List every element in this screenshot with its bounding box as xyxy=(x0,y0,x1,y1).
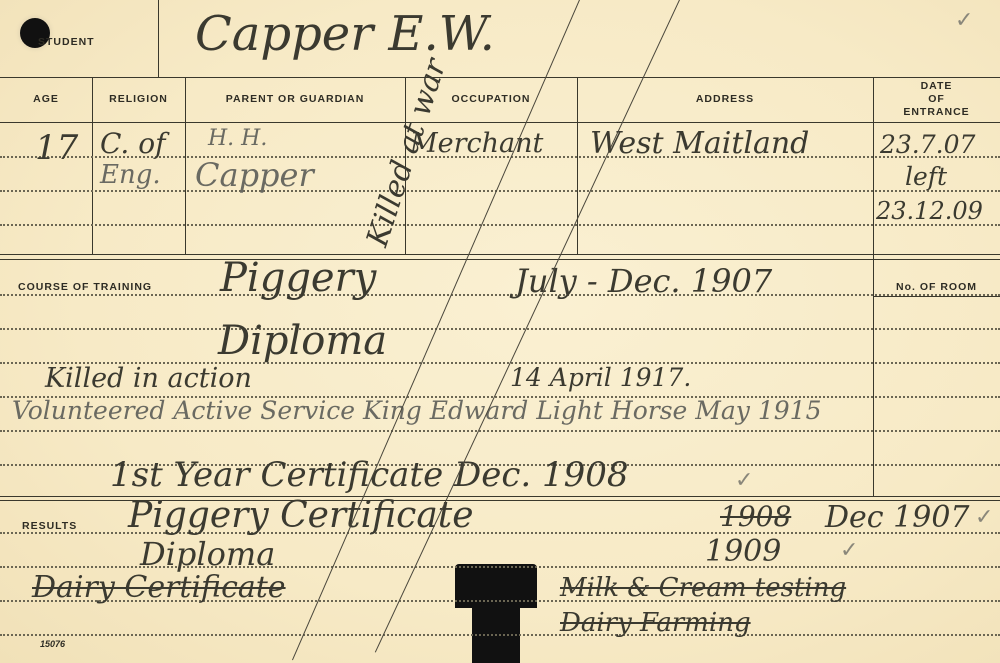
results-line1-check: ✓ xyxy=(975,505,993,530)
col-header-date-l2: OF xyxy=(873,93,1000,106)
col-header-age: AGE xyxy=(0,93,92,105)
rule xyxy=(0,254,1000,255)
index-tab-cutout-stem xyxy=(472,600,520,663)
student-record-card: STUDENT Capper E.W. ✓ AGE RELIGION PAREN… xyxy=(0,0,1000,663)
results-struck-dairy-farming: Dairy Farming xyxy=(560,608,751,638)
col-header-religion: RELIGION xyxy=(92,93,185,105)
dotted-rule xyxy=(0,190,1000,192)
parent-value-line1: H. H. xyxy=(208,126,267,151)
form-number: 15076 xyxy=(40,639,65,649)
diploma-note: Diploma xyxy=(218,318,387,364)
col-header-date-l1: DATE xyxy=(873,80,1000,93)
rule xyxy=(0,259,1000,260)
room-number-label: No. OF ROOM xyxy=(873,281,1000,293)
student-name: Capper E.W. xyxy=(195,6,495,62)
col-header-address: ADDRESS xyxy=(577,93,873,105)
dotted-rule xyxy=(0,294,1000,296)
volunteered-note: Volunteered Active Service King Edward L… xyxy=(12,396,822,425)
room-label-underline xyxy=(873,296,1000,297)
killed-date: 14 April 1917. xyxy=(510,363,691,392)
date-left-label: left xyxy=(905,162,947,191)
first-year-certificate: 1st Year Certificate Dec. 1908 xyxy=(110,455,629,495)
date-entrance-value: 23.7.07 xyxy=(880,130,975,159)
dotted-rule xyxy=(0,224,1000,226)
rule xyxy=(0,122,1000,123)
results-line2-date: 1909 xyxy=(705,534,781,569)
parent-value-line2: Capper xyxy=(195,156,314,194)
results-line1-date: Dec 1907 xyxy=(825,500,970,535)
religion-value-line1: C. of xyxy=(100,127,165,160)
certificate-check: ✓ xyxy=(735,468,753,493)
course-of-training-label: COURSE OF TRAINING xyxy=(18,281,152,293)
top-check-mark: ✓ xyxy=(955,8,973,33)
killed-in-action-note: Killed in action xyxy=(45,363,252,394)
student-label: STUDENT xyxy=(38,36,95,48)
results-line1: Piggery Certificate xyxy=(128,495,474,536)
col-header-parent: PARENT OR GUARDIAN xyxy=(185,93,405,105)
rule xyxy=(0,77,1000,78)
results-label: RESULTS xyxy=(22,520,77,532)
age-value: 17 xyxy=(35,128,78,168)
results-struck-milk-cream-testing: Milk & Cream testing xyxy=(560,573,846,603)
results-line2-check: ✓ xyxy=(840,538,858,563)
religion-value-line2: Eng. xyxy=(100,160,161,190)
col-header-date-l3: ENTRANCE xyxy=(873,106,1000,119)
date-left-value: 23.12.09 xyxy=(876,197,983,225)
results-line2: Diploma xyxy=(140,535,275,573)
results-line1-struck-year: 1908 xyxy=(720,500,791,533)
dotted-rule xyxy=(0,430,1000,432)
course-value: Piggery xyxy=(220,255,376,301)
dotted-rule xyxy=(0,328,1000,330)
col-header-date: DATE OF ENTRANCE xyxy=(873,80,1000,119)
results-struck-dairy-certificate: Dairy Certificate xyxy=(32,570,286,605)
name-divider xyxy=(158,0,159,77)
dotted-rule xyxy=(0,634,1000,636)
address-value: West Maitland xyxy=(590,126,809,161)
